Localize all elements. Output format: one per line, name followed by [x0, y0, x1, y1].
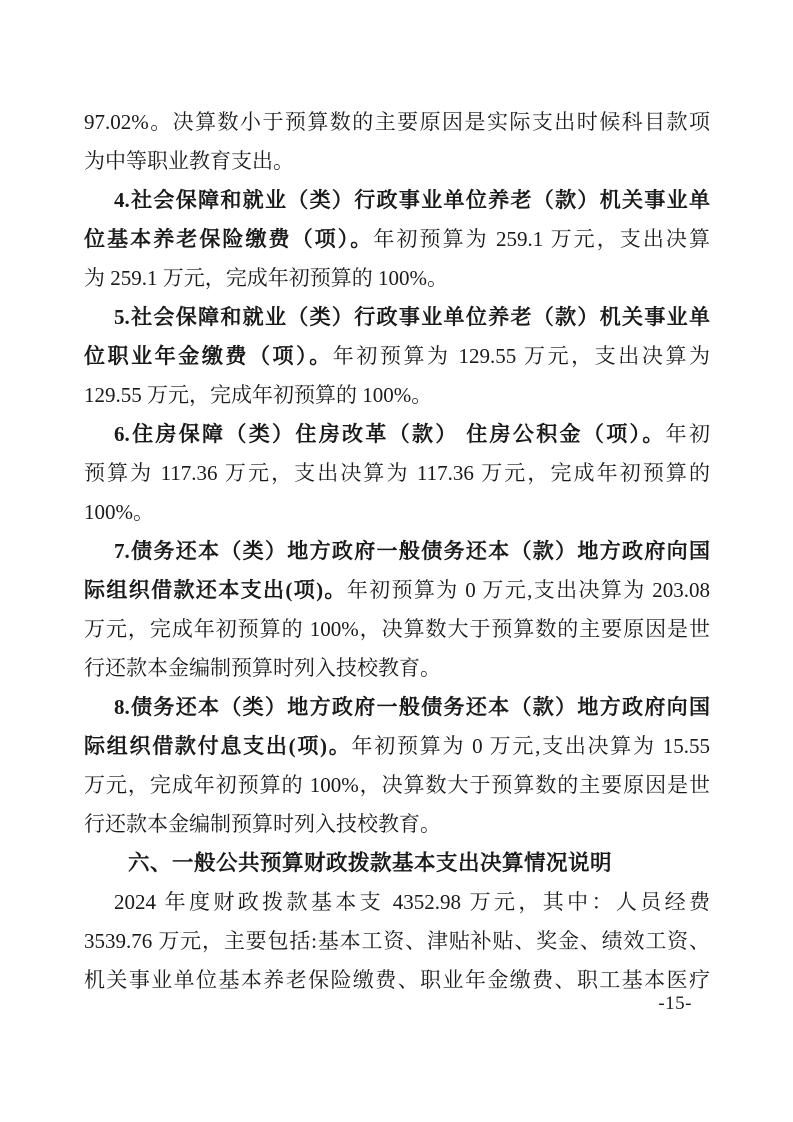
item-5-occupational-annuity: 5.社会保障和就业（类）行政事业单位养老（款）机关事业单位职业年金缴费（项）。年… [84, 298, 710, 415]
text-segment: 六、一般公共预算财政拨款基本支出决算情况说明 [128, 851, 612, 875]
bold-text-segment: 际组织借款还本支出(项)。 [84, 578, 347, 602]
bold-text-segment: 8.债务还本（类）地方政府一般债务还本（款）地方政府向国 [114, 695, 710, 719]
text-line: 预算为 117.36 万元，支出决算为 117.36 万元，完成年初预算的 [84, 454, 710, 493]
text-line: 万元，完成年初预算的 100%，决算数大于预算数的主要原因是世 [84, 610, 710, 649]
text-line: 机关事业单位基本养老保险缴费、职业年金缴费、职工基本医疗 [84, 961, 710, 1000]
text-line: 位职业年金缴费（项）。年初预算为 129.55 万元，支出决算为 [84, 337, 710, 376]
document-page: 97.02%。决算数小于预算数的主要原因是实际支出时候科目款项为中等职业教育支出… [0, 0, 793, 1122]
text-segment: 年初预算为 0 万元,支出决算为 203.08 [347, 578, 710, 602]
text-segment: 行还款本金编制预算时列入技校教育。 [84, 812, 441, 836]
bold-text-segment: 7.债务还本（类）地方政府一般债务还本（款）地方政府向国 [114, 539, 710, 563]
text-segment: 为 259.1 万元，完成年初预算的 100%。 [84, 266, 448, 290]
text-line: 4.社会保障和就业（类）行政事业单位养老（款）机关事业单 [84, 181, 710, 220]
text-segment: 年初预算为 0 万元,支出决算为 15.55 [352, 734, 710, 758]
bold-text-segment: 4.社会保障和就业（类）行政事业单位养老（款）机关事业单 [114, 188, 710, 212]
bold-text-segment: 位职业年金缴费（项）。 [84, 344, 333, 368]
text-line: 为中等职业教育支出。 [84, 142, 710, 181]
text-line: 行还款本金编制预算时列入技校教育。 [84, 805, 710, 844]
text-line: 97.02%。决算数小于预算数的主要原因是实际支出时候科目款项 [84, 103, 710, 142]
text-segment: 年初预算为 129.55 万元，支出决算为 [333, 344, 710, 368]
text-line: 六、一般公共预算财政拨款基本支出决算情况说明 [84, 844, 710, 883]
item-6-housing-fund: 6.住房保障（类）住房改革（款） 住房公积金（项）。年初预算为 117.36 万… [84, 415, 710, 532]
item-4-pension-contribution: 4.社会保障和就业（类）行政事业单位养老（款）机关事业单位基本养老保险缴费（项）… [84, 181, 710, 298]
bold-text-segment: 际组织借款付息支出(项)。 [84, 734, 352, 758]
bold-text-segment: 位基本养老保险缴费（项）。 [84, 227, 373, 251]
text-segment: 行还款本金编制预算时列入技校教育。 [84, 656, 441, 680]
text-segment: 机关事业单位基本养老保险缴费、职业年金缴费、职工基本医疗 [84, 968, 710, 992]
item-8-debt-interest-payment: 8.债务还本（类）地方政府一般债务还本（款）地方政府向国际组织借款付息支出(项)… [84, 688, 710, 844]
text-segment: 129.55 万元，完成年初预算的 100%。 [84, 383, 432, 407]
text-block: 97.02%。决算数小于预算数的主要原因是实际支出时候科目款项为中等职业教育支出… [84, 103, 710, 1000]
text-line: 100%。 [84, 493, 710, 532]
text-segment: 万元，完成年初预算的 100%，决算数大于预算数的主要原因是世 [84, 617, 710, 641]
text-segment: 预算为 117.36 万元，支出决算为 117.36 万元，完成年初预算的 [84, 461, 710, 485]
text-line: 129.55 万元，完成年初预算的 100%。 [84, 376, 710, 415]
text-line: 5.社会保障和就业（类）行政事业单位养老（款）机关事业单 [84, 298, 710, 337]
text-segment: 3539.76 万元，主要包括:基本工资、津贴补贴、奖金、绩效工资、 [84, 929, 710, 953]
para-budget-result-continuation: 97.02%。决算数小于预算数的主要原因是实际支出时候科目款项为中等职业教育支出… [84, 103, 710, 181]
text-line: 为 259.1 万元，完成年初预算的 100%。 [84, 259, 710, 298]
text-line: 行还款本金编制预算时列入技校教育。 [84, 649, 710, 688]
text-line: 7.债务还本（类）地方政府一般债务还本（款）地方政府向国 [84, 532, 710, 571]
text-segment: 97.02%。决算数小于预算数的主要原因是实际支出时候科目款项 [84, 110, 710, 134]
text-segment: 万元，完成年初预算的 100%，决算数大于预算数的主要原因是世 [84, 773, 710, 797]
heading-section-6-basic-expenditure: 六、一般公共预算财政拨款基本支出决算情况说明 [84, 844, 710, 883]
bold-text-segment: 6.住房保障（类）住房改革（款） 住房公积金（项）。 [114, 422, 666, 446]
text-line: 6.住房保障（类）住房改革（款） 住房公积金（项）。年初 [84, 415, 710, 454]
para-basic-expenditure-2024: 2024 年度财政拨款基本支 4352.98 万元，其中：人员经费3539.76… [84, 883, 710, 1000]
text-line: 际组织借款还本支出(项)。年初预算为 0 万元,支出决算为 203.08 [84, 571, 710, 610]
text-segment: 为中等职业教育支出。 [84, 149, 294, 173]
text-line: 万元，完成年初预算的 100%，决算数大于预算数的主要原因是世 [84, 766, 710, 805]
text-line: 8.债务还本（类）地方政府一般债务还本（款）地方政府向国 [84, 688, 710, 727]
page-number: -15- [658, 992, 692, 1016]
text-line: 际组织借款付息支出(项)。年初预算为 0 万元,支出决算为 15.55 [84, 727, 710, 766]
bold-text-segment: 5.社会保障和就业（类）行政事业单位养老（款）机关事业单 [114, 305, 710, 329]
item-7-debt-principal-repayment: 7.债务还本（类）地方政府一般债务还本（款）地方政府向国际组织借款还本支出(项)… [84, 532, 710, 688]
text-line: 位基本养老保险缴费（项）。年初预算为 259.1 万元，支出决算 [84, 220, 710, 259]
text-line: 2024 年度财政拨款基本支 4352.98 万元，其中：人员经费 [84, 883, 710, 922]
text-segment: 年初 [666, 422, 710, 446]
text-line: 3539.76 万元，主要包括:基本工资、津贴补贴、奖金、绩效工资、 [84, 922, 710, 961]
text-segment: 100%。 [84, 500, 154, 524]
text-segment: 2024 年度财政拨款基本支 4352.98 万元，其中：人员经费 [114, 890, 710, 914]
text-segment: 年初预算为 259.1 万元，支出决算 [373, 227, 710, 251]
